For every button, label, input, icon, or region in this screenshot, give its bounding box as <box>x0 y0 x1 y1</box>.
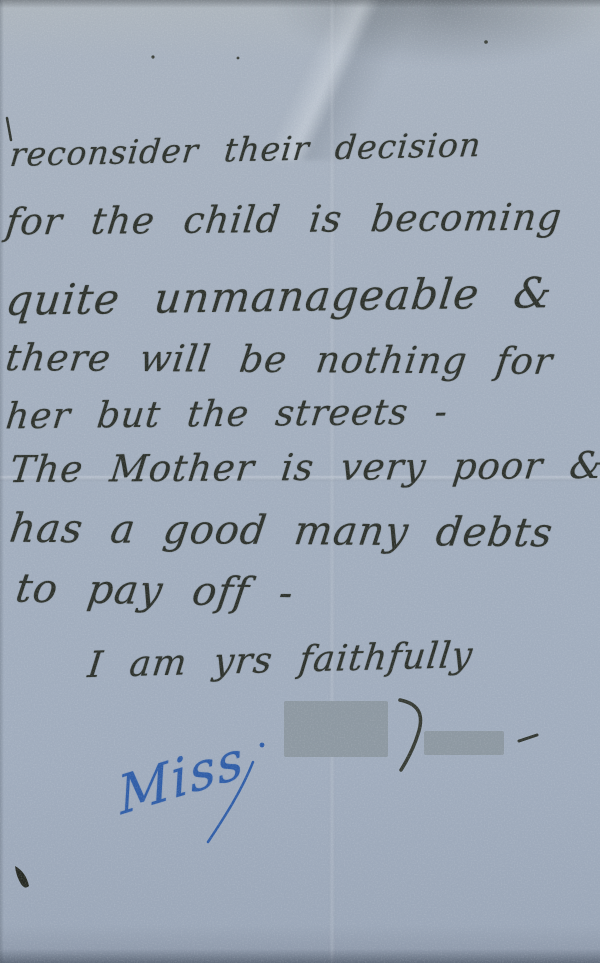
paper-grain-light <box>0 0 600 963</box>
letter-page: reconsider their decision for the child … <box>0 0 600 963</box>
ink-marks-overlay <box>0 0 600 963</box>
